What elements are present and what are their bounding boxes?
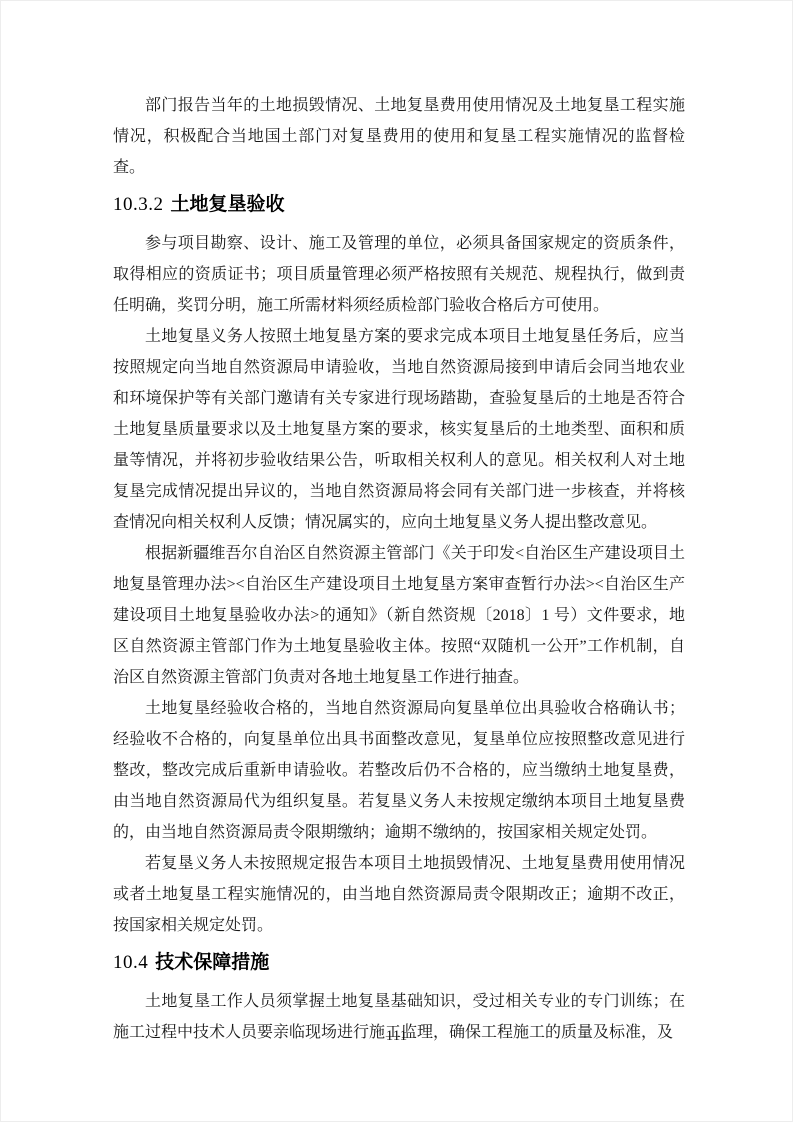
page-number: 111 (1, 1028, 792, 1045)
section-heading-10-3-2: 10.3.2土地复垦验收 (113, 190, 685, 220)
paragraph-acceptance-application: 土地复垦义务人按照土地复垦方案的要求完成本项目土地复垦任务后，应当按照规定向当地… (113, 321, 685, 538)
lead-paragraph: 部门报告当年的土地损毁情况、土地复垦费用使用情况及土地复垦工程实施情况，积极配合… (113, 90, 685, 183)
section-heading-10-4: 10.4技术保障措施 (113, 948, 685, 978)
section-number: 10.4 (113, 952, 148, 973)
paragraph-penalty: 若复垦义务人未按照规定报告本项目土地损毁情况、土地复垦费用使用情况或者土地复垦工… (113, 848, 685, 941)
paragraph-qualifications: 参与项目勘察、设计、施工及管理的单位，必须具备国家规定的资质条件，取得相应的资质… (113, 228, 685, 321)
document-page: 部门报告当年的土地损毁情况、土地复垦费用使用情况及土地复垦工程实施情况，积极配合… (0, 0, 793, 1122)
paragraph-acceptance-result: 土地复垦经验收合格的，当地自然资源局向复垦单位出具验收合格确认书；经验收不合格的… (113, 693, 685, 848)
section-number: 10.3.2 (113, 194, 164, 215)
section-title: 技术保障措施 (155, 952, 269, 973)
paragraph-xinjiang-regulations: 根据新疆维吾尔自治区自然资源主管部门《关于印发<自治区生产建设项目土地复垦管理办… (113, 538, 685, 693)
section-title: 土地复垦验收 (171, 194, 285, 215)
